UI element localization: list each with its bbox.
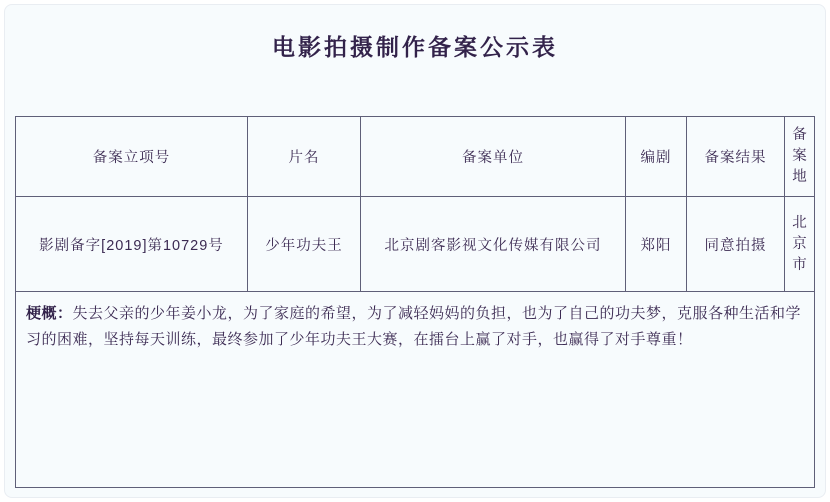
synopsis-cell: 梗概：失去父亲的少年姜小龙，为了家庭的希望，为了减轻妈妈的负担，也为了自己的功夫… [16,292,815,488]
cell-screenwriter: 郑阳 [626,197,687,292]
cell-filing-unit: 北京剧客影视文化传媒有限公司 [361,197,626,292]
header-filing-number: 备案立项号 [16,117,248,197]
page-title: 电影拍摄制作备案公示表 [5,33,825,61]
synopsis-row: 梗概：失去父亲的少年姜小龙，为了家庭的希望，为了减轻妈妈的负担，也为了自己的功夫… [16,292,815,488]
header-filing-unit: 备案单位 [361,117,626,197]
table-row: 影剧备字[2019]第10729号 少年功夫王 北京剧客影视文化传媒有限公司 郑… [16,197,815,292]
header-film-title: 片名 [248,117,361,197]
synopsis-label: 梗概： [26,305,73,322]
header-row: 备案立项号 片名 备案单位 编剧 备案结果 备案地 [16,117,815,197]
document-page: 电影拍摄制作备案公示表 备案立项号 片名 备案单位 编剧 备案结果 备案地 影剧… [4,4,826,498]
filing-table: 备案立项号 片名 备案单位 编剧 备案结果 备案地 影剧备字[2019]第107… [15,116,815,488]
cell-filing-result: 同意拍摄 [687,197,785,292]
header-screenwriter: 编剧 [626,117,687,197]
cell-film-title: 少年功夫王 [248,197,361,292]
header-filing-result: 备案结果 [687,117,785,197]
header-filing-place: 备案地 [785,117,815,197]
cell-filing-number: 影剧备字[2019]第10729号 [16,197,248,292]
cell-filing-place: 北京市 [785,197,815,292]
synopsis-text: 失去父亲的少年姜小龙，为了家庭的希望，为了减轻妈妈的负担，也为了自己的功夫梦，克… [26,305,801,348]
